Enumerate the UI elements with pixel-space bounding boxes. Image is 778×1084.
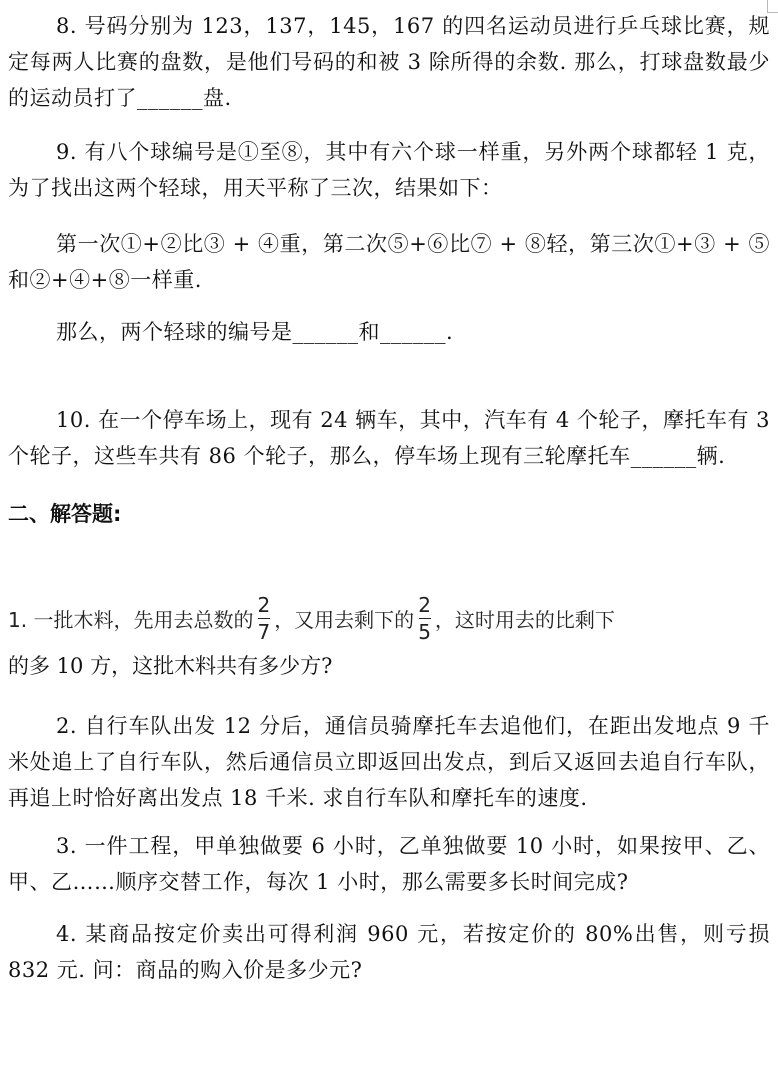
fraction-bar <box>419 618 431 619</box>
fraction-bar <box>258 618 270 619</box>
answer-question-3: 3. 一件工程，甲单独做要 6 小时，乙单独做要 10 小时，如果按甲、乙、甲、… <box>8 828 770 900</box>
section-heading-answer-questions: 二、解答题: <box>8 496 121 532</box>
q1-text-part3: ，这时用去的比剩下 <box>435 604 615 633</box>
q1-text-part1: 1. 一批木料，先用去总数的 <box>8 604 253 633</box>
q1-text-part2: ，又用去剩下的 <box>274 604 414 633</box>
question-10: 10. 在一个停车场上，现有 24 辆车，其中，汽车有 4 个轮子，摩托车有 3… <box>8 402 770 474</box>
fraction-numerator: 2 <box>418 594 431 616</box>
question-9-prompt: 那么，两个轻球的编号是______和______. <box>8 314 770 350</box>
answer-question-1: 1. 一批木料，先用去总数的 2 7 ，又用去剩下的 2 5 ，这时用去的比剩下… <box>8 588 770 684</box>
question-9: 9. 有八个球编号是①至⑧，其中有六个球一样重，另外两个球都轻 1 克，为了找出… <box>8 134 770 206</box>
question-8: 8. 号码分别为 123，137，145，167 的四名运动员进行乒乓球比赛，规… <box>8 8 770 116</box>
question-9-weighings: 第一次①+②比③ + ④重，第二次⑤+⑥比⑦ + ⑧轻，第三次①+③ + ⑤和②… <box>8 226 770 298</box>
fraction-two-fifths: 2 5 <box>418 594 431 643</box>
fraction-two-sevenths: 2 7 <box>257 594 270 643</box>
answer-question-1-line1: 1. 一批木料，先用去总数的 2 7 ，又用去剩下的 2 5 ，这时用去的比剩下 <box>8 588 770 648</box>
fraction-denominator: 5 <box>418 621 431 643</box>
fraction-numerator: 2 <box>257 594 270 616</box>
answer-question-2: 2. 自行车队出发 12 分后，通信员骑摩托车去追他们，在距出发地点 9 千米处… <box>8 708 770 816</box>
answer-question-1-line2: 的多 10 方，这批木料共有多少方? <box>8 648 770 684</box>
fraction-denominator: 7 <box>257 621 270 643</box>
answer-question-4: 4. 某商品按定价卖出可得利润 960 元，若按定价的 80%出售，则亏损 83… <box>8 916 770 988</box>
